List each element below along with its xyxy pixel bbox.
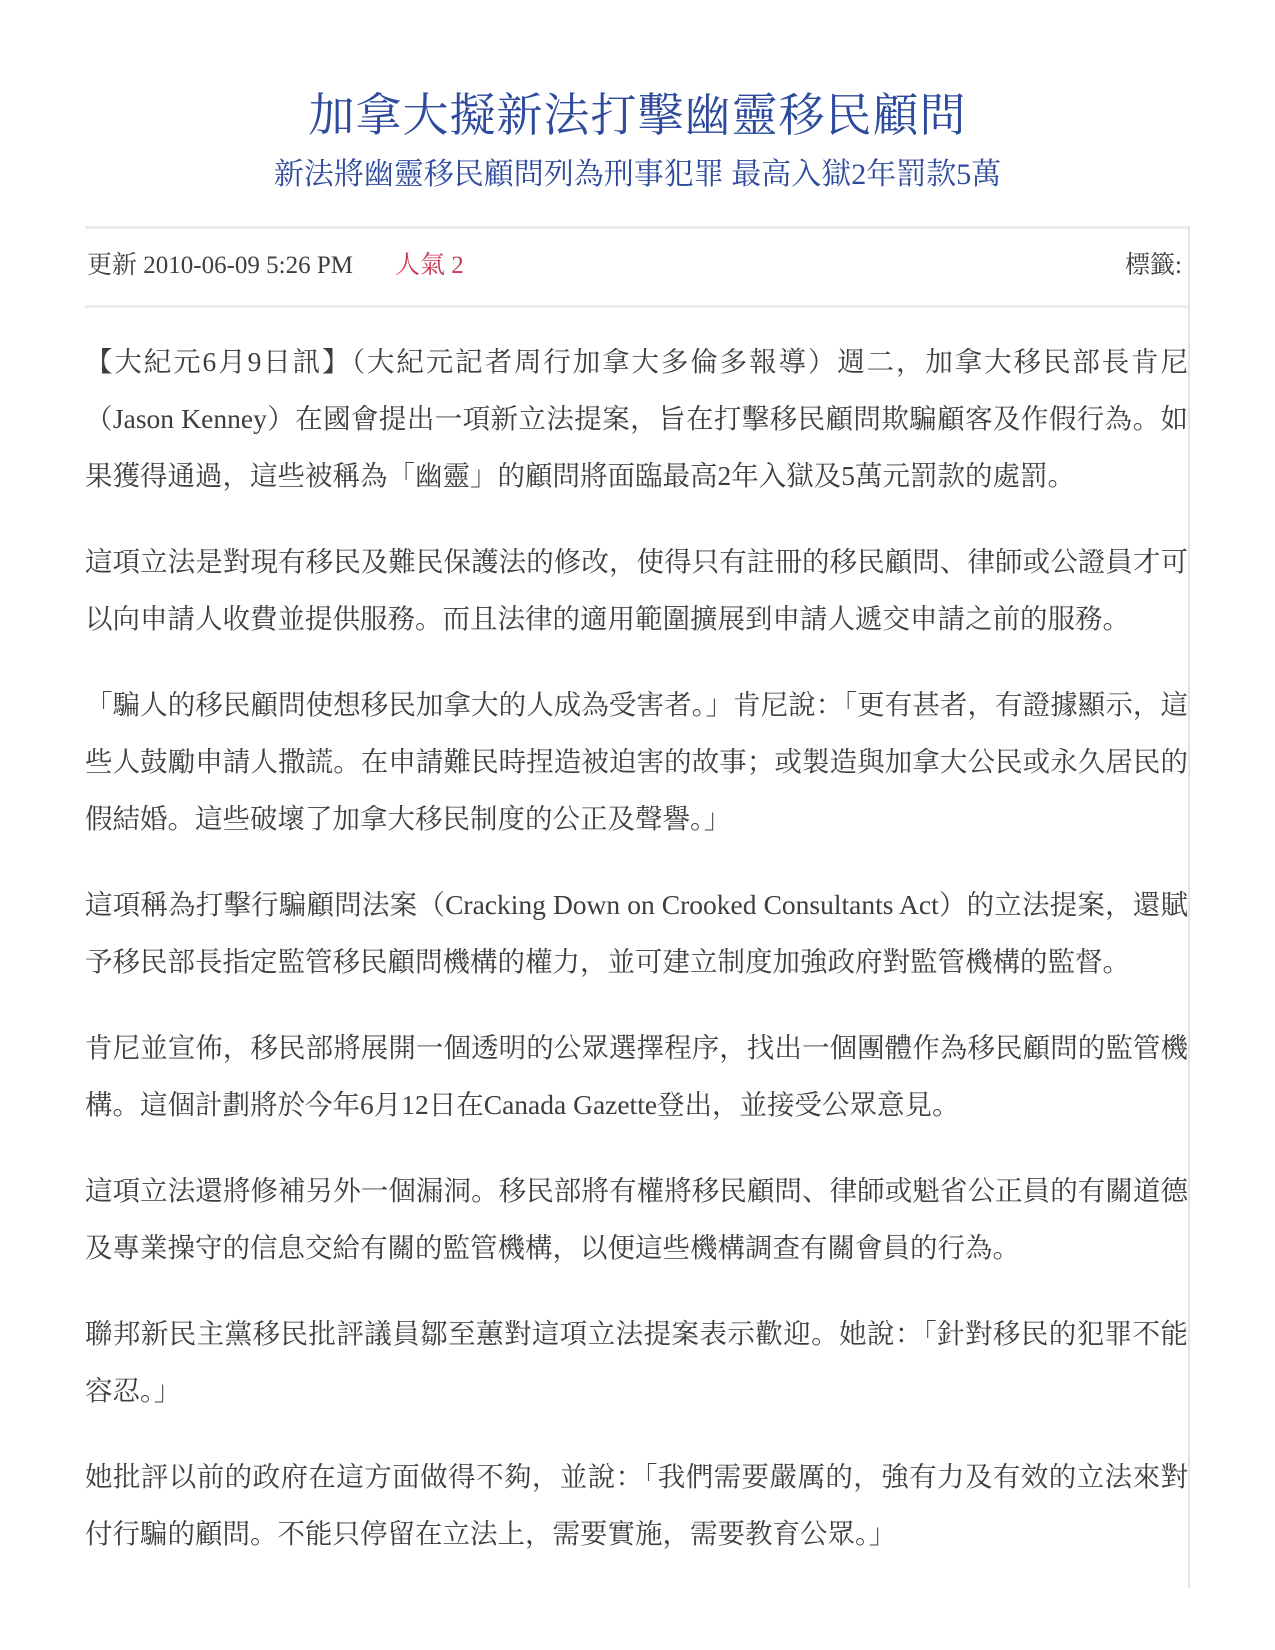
article-paragraph: 這項稱為打擊行騙顧問法案（Cracking Down on Crooked Co… [85,876,1188,990]
updated-timestamp: 更新 2010-06-09 5:26 PM [87,245,353,281]
article-paragraph: 這項立法還將修補另外一個漏洞。移民部將有權將移民顧問、律師或魁省公正員的有關道德… [85,1162,1188,1276]
article-paragraph: 【大紀元6月9日訊】（大紀元記者周行加拿大多倫多報導）週二，加拿大移民部長肯尼（… [85,333,1188,504]
article-subtitle: 新法將幽靈移民顧問列為刑事犯罪 最高入獄2年罰款5萬 [85,157,1190,193]
article-content-box: 更新 2010-06-09 5:26 PM 人氣 2 標籤: 【大紀元6月9日訊… [85,226,1190,1588]
title-block: 加拿大擬新法打擊幽靈移民顧問 新法將幽靈移民顧問列為刑事犯罪 最高入獄2年罰款5… [85,88,1190,193]
tags-label: 標籤: [1125,245,1186,281]
article-paragraph: 肯尼並宣佈，移民部將展開一個透明的公眾選擇程序，找出一個團體作為移民顧問的監管機… [85,1019,1188,1133]
popularity-count: 人氣 2 [395,245,464,281]
article-paragraph: 「騙人的移民顧問使想移民加拿大的人成為受害者。」肯尼說：「更有甚者，有證據顯示，… [85,676,1188,847]
article-paragraph: 聯邦新民主黨移民批評議員鄒至蕙對這項立法提案表示歡迎。她說：「針對移民的犯罪不能… [85,1305,1188,1419]
meta-row: 更新 2010-06-09 5:26 PM 人氣 2 標籤: [85,229,1188,305]
article-page: 加拿大擬新法打擊幽靈移民顧問 新法將幽靈移民顧問列為刑事犯罪 最高入獄2年罰款5… [0,0,1275,1628]
article-body: 【大紀元6月9日訊】（大紀元記者周行加拿大多倫多報導）週二，加拿大移民部長肯尼（… [85,308,1188,1562]
article-paragraph: 這項立法是對現有移民及難民保護法的修改，使得只有註冊的移民顧問、律師或公證員才可… [85,533,1188,647]
article-paragraph: 她批評以前的政府在這方面做得不夠，並說：「我們需要嚴厲的，強有力及有效的立法來對… [85,1448,1188,1562]
article-title: 加拿大擬新法打擊幽靈移民顧問 [85,88,1190,143]
